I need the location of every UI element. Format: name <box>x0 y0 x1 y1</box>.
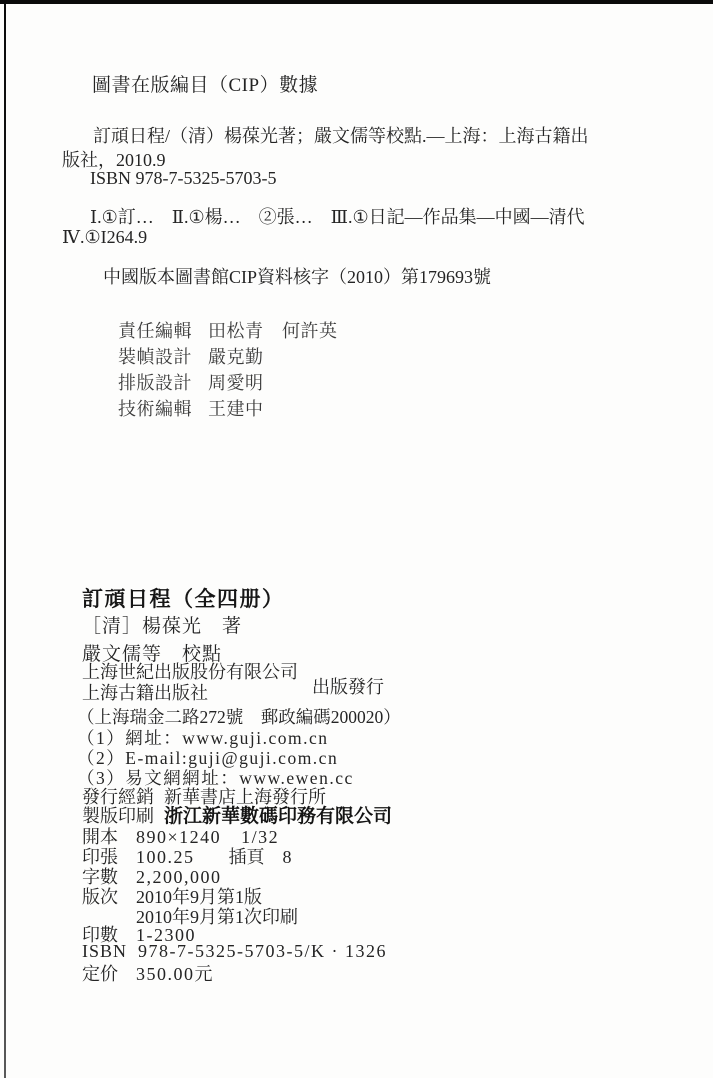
credit-role: 裝幀設計 <box>118 343 194 369</box>
publish-role-label: 出版發行 <box>312 673 384 699</box>
credit-names: 王建中 <box>208 399 264 419</box>
book-author: ［清］楊葆光 著 <box>82 611 242 638</box>
credit-role: 責任編輯 <box>118 317 194 343</box>
cip-classification-line2: Ⅳ.①I264.9 <box>62 227 147 248</box>
credit-row-editor: 責任編輯田松青 何許英 <box>118 317 338 343</box>
publisher-group: 上海世紀出版股份有限公司 上海古籍出版社 <box>82 662 298 704</box>
row-label: 版次 <box>82 883 136 909</box>
publisher-group-line: 上海世紀出版股份有限公司 <box>82 662 298 683</box>
row-label: 定价 <box>82 960 136 986</box>
cip-header: 圖書在版編目（CIP）數據 <box>92 70 318 97</box>
cip-classification-line1: Ⅰ.①訂… Ⅱ.①楊… ②張… Ⅲ.①日記—作品集—中國—清代 <box>90 203 585 229</box>
credit-role: 排版設計 <box>118 369 194 395</box>
credit-row-binding-design: 裝幀設計嚴克勤 <box>118 343 264 369</box>
scan-left-edge <box>4 0 6 1078</box>
cip-record-number: 中國版本圖書館CIP資料核字（2010）第179693號 <box>103 263 491 289</box>
cip-isbn-line: ISBN 978-7-5325-5703-5 <box>90 168 277 189</box>
credit-names: 田松青 何許英 <box>208 321 338 341</box>
isbn-row: ISBN978-7-5325-5703-5/K · 1326 <box>82 941 387 962</box>
price-row: 定价350.00元 <box>82 960 214 986</box>
row-value: 350.00元 <box>136 964 214 984</box>
credit-row-technical-editor: 技術編輯王建中 <box>118 395 264 421</box>
row-label: ISBN <box>82 941 138 962</box>
credit-names: 周愛明 <box>208 373 264 393</box>
credit-names: 嚴克勤 <box>208 347 264 367</box>
publisher-line: 上海古籍出版社 <box>82 683 298 704</box>
row-value: 978-7-5325-5703-5/K · 1326 <box>138 941 387 961</box>
credit-role: 技術編輯 <box>118 395 194 421</box>
credit-row-layout-design: 排版設計周愛明 <box>118 369 264 395</box>
book-copyright-page: 圖書在版編目（CIP）數據 訂頑日程/（清）楊葆光著；嚴文儒等校點.—上海：上海… <box>0 0 713 1078</box>
insert-value: 8 <box>283 847 294 868</box>
insert-label: 插頁 <box>229 843 265 869</box>
scan-top-edge <box>0 0 713 4</box>
book-title: 訂頑日程（全四册） <box>82 583 285 613</box>
cip-description-line1: 訂頑日程/（清）楊葆光著；嚴文儒等校點.—上海：上海古籍出 <box>93 122 589 148</box>
